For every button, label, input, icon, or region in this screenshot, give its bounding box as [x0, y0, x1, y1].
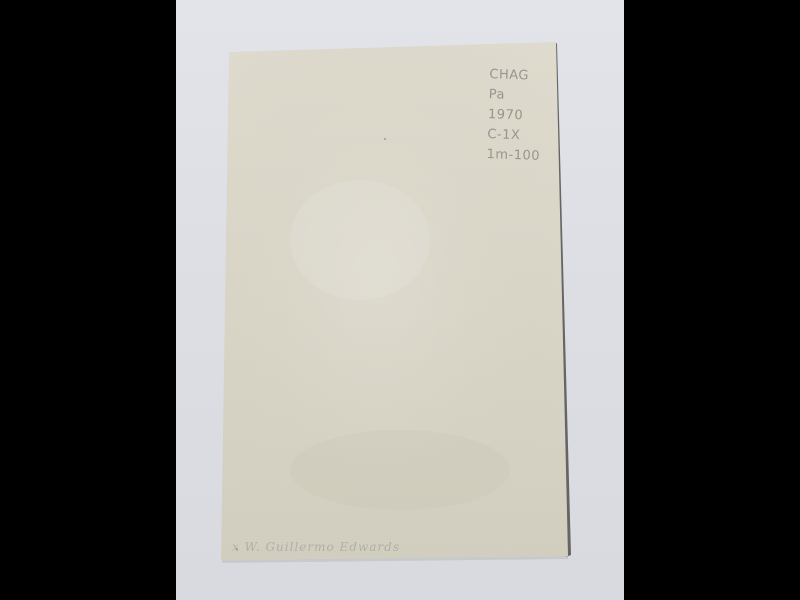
paper-speck: [384, 138, 386, 140]
corner-pencil-note: CHAG Pa 1970 C-1X 1m-100: [486, 65, 543, 167]
bottom-pencil-inscription: x W. Guillermo Edwards: [232, 540, 400, 554]
note-line: 1m-100: [486, 145, 540, 167]
note-line: 1970: [488, 105, 542, 127]
note-line: C-1X: [487, 125, 541, 147]
note-line: CHAG: [489, 65, 543, 87]
paper-sheet: [0, 0, 800, 600]
note-line: Pa: [488, 85, 542, 107]
